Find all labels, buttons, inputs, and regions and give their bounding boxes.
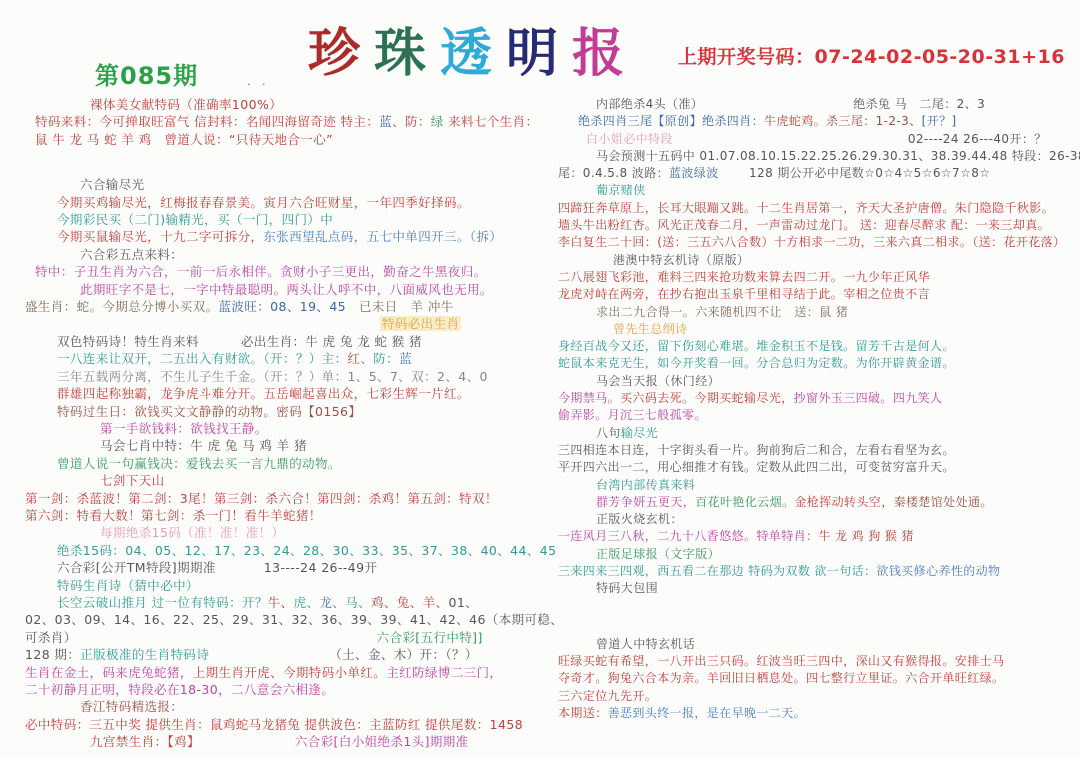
text-segment: 输尽光 — [621, 426, 658, 440]
text-line: 港澳中特玄机诗（原版） — [558, 252, 1080, 269]
text-segment: 一八连来让双开，二五出入有财欲。（开：？）主： — [57, 351, 347, 366]
text-line: 今期彩民买（二门)输精光，买（一门，四门）中 — [25, 211, 547, 228]
text-segment: 欲钱买修心养性的动物 — [876, 564, 1000, 578]
text-line: 第一手欲钱料：欲钱找王静。 — [25, 420, 547, 437]
text-line: 特码生肖诗（猜中必中） — [25, 577, 547, 594]
text-segment: 特码过生日：欲钱买文文静静的动物。密码【0156】 — [57, 404, 361, 419]
text-segment: 今期买鸡输尽光，红梅报春春景美。寅月六合旺财星，一年四季好择码。 — [57, 195, 470, 210]
text-segment: 特码必出生肖 — [380, 316, 461, 331]
title-char: 明 — [506, 23, 572, 84]
text-line: 第六剑：特看大数！第七剑：杀一门！看牛羊蛇猪！ — [25, 507, 547, 524]
text-segment: [开？] — [922, 114, 957, 128]
text-segment: 绝杀15码：04、05、12、17、23、24、28、30、33、35、37、3… — [57, 543, 557, 558]
text-segment: 三来四来三四观，西五看二在那边 特码为双数 欲一句话： — [558, 564, 876, 578]
text-segment: 龙、 — [319, 595, 345, 610]
text-line: 六合彩五点来料： — [25, 246, 547, 263]
text-line: 蛇鼠本来克无生，如今开奖看一回。分合总归为定数。为你开辟黄金谱。 — [558, 355, 1080, 372]
text-segment: 九宫禁生肖：【鸡】 — [90, 734, 200, 749]
text-line: 特码大包围 — [558, 580, 1080, 597]
text-line: 七剑下天山 — [25, 472, 547, 489]
text-segment: 抄窗外玉三四破。四九笑人 — [794, 391, 943, 405]
text-segment: 、防： — [360, 351, 399, 366]
text-segment: 128 期公开必中尾数☆0☆4☆5☆6☆7☆8☆ — [737, 166, 991, 180]
text-line: 双色特码诗！特生肖来料必出生肖：牛 虎 兔 龙 蛇 猴 猪 — [25, 333, 547, 350]
text-line: 四蹄狂奔草原上，长耳大眼蹦又跳。十二生肖居第一，齐天大圣护唐僧。朱门隐隐千秋影。 — [558, 200, 1080, 217]
text-segment: 马、 — [345, 595, 371, 610]
text-segment: 鸡、 — [371, 595, 397, 610]
last-draw-numbers: 上期开奖号码：07-24-02-05-20-31+16 — [678, 42, 1065, 69]
text-segment: 特中：子丑生肖为六合，一前一后永相伴。贪财小子三更出，勤奋之牛黑夜归。 — [35, 264, 487, 279]
text-line: 马会预测十五码中 01.07.08.10.15.22.25.26.29.30.3… — [558, 148, 1080, 165]
text-segment: 今期买鼠输尽光，十九二字可拆分， — [57, 229, 263, 244]
text-segment: 台湾内部传真来料 — [596, 478, 695, 492]
text-segment: 蓝波旺：08、19、45 — [219, 299, 347, 314]
text-segment: 六合彩[公开TM特段]期期准 — [57, 560, 216, 575]
text-segment: 蓝 — [399, 351, 412, 366]
text-segment: 、防： — [392, 114, 431, 129]
text-segment: 必出生肖：牛 虎 兔 龙 蛇 猴 猪 — [241, 334, 422, 349]
text-segment: 曾先生总纲诗 — [613, 322, 687, 336]
text-segment: 金枪挥动转头空， — [794, 495, 893, 509]
left-column: 裸体美女献特码（准确率100%）特码来料：今可掸取旺富气 信封料：名闻四海留奇迹… — [25, 96, 547, 751]
text-segment: 正版极准的生肖特码诗 — [80, 647, 209, 662]
text-line: 群芳争妍五更天，百花叶艳化云烟。金枪挥动转头空，秦楼楚馆处处通。 — [558, 494, 1080, 511]
text-line: 求出二九合得一。六来随机四不让 送：鼠 猪 — [558, 304, 1080, 321]
text-line: 身经百战今又还，留下伤刻心难堪。堆金积玉不是钱。留芳千古是何人。 — [558, 338, 1080, 355]
text-segment: 已未日 羊 冲牛 — [346, 299, 454, 314]
text-segment: 群雄四起称独霸，龙争虎斗难分开。五岳崛起喜出众，七彩生辉一片红。 — [57, 386, 470, 401]
text-segment: 马会七肖中特：牛 虎 兔 马 鸡 羊 猪 — [100, 438, 307, 453]
text-line: 一连风月三八秋，二九十八香悠悠。特单特肖：牛 龙 鸡 狗 猴 猪 — [558, 528, 1080, 545]
text-segment: 牛虎蛇鸡。 — [764, 114, 826, 128]
text-segment: 二十初静月正明，特段必在18-30，二八意会六相逢。 — [25, 682, 334, 697]
text-segment: 三四相连本日连，十字街头看一片。狗前狗后二和合，左看右看坚为玄。 — [558, 443, 955, 457]
text-line: 特码过生日：欲钱买文文静静的动物。密码【0156】 — [25, 403, 547, 420]
text-line: 偷弄影。月沉三七般孤零。 — [558, 407, 1080, 424]
text-segment: 牛 龙 鸡 狗 猴 猪 — [818, 529, 913, 543]
text-segment: 兔、 — [397, 595, 423, 610]
text-line: 今期买鼠输尽光，十九二字可拆分，东张西望乱点码，五七中单四开三。（拆） — [25, 228, 547, 245]
text-segment: 六合彩[五行中特]] — [377, 630, 483, 645]
text-line: 群雄四起称独霸，龙争虎斗难分开。五岳崛起喜出众，七彩生辉一片红。 — [25, 385, 547, 402]
text-line: 曾道人说一句赢钱决：爱钱去买一言九鼎的动物。 — [25, 455, 547, 472]
text-segment: 六合彩五点来料： — [80, 247, 183, 262]
text-line: 特中：子丑生肖为六合，一前一后永相伴。贪财小子三更出，勤奋之牛黑夜归。 — [25, 263, 547, 280]
text-segment: 求出二九合得一。六来随机四不让 送：鼠 猪 — [596, 305, 848, 319]
text-line: 生肖在金土，码来虎兔蛇猪，上期生肖开虎、今期特码小单红。主红防绿博二三门， — [25, 664, 547, 681]
text-segment: 上期生肖开虎、今期特码小单红。 — [193, 665, 387, 680]
text-segment: 01、 — [448, 595, 478, 610]
text-segment: 马会预测十五码中 01.07.08.10.15.22.25.26.29.30.3… — [596, 149, 1080, 163]
text-line: 绝杀四肖三尾【原创】绝杀四肖：牛虎蛇鸡。杀三尾：1-2-3、[开？] — [558, 113, 1080, 130]
text-segment: 主红防绿博二三门， — [386, 665, 502, 680]
title-char: 珠 — [374, 23, 440, 84]
text-line: 鼠 牛 龙 马 蛇 羊 鸡 曾道人说：“只待天地合一心” — [25, 131, 547, 148]
text-segment: 六合彩[白小姐绝杀1头]期期准 — [295, 734, 469, 749]
text-line: 旺绿买蛇有希望，一八开出三只码。红波当旺三四中，深山又有猴得报。安排士马 — [558, 653, 1080, 670]
text-segment: 七剑下天山 — [100, 473, 165, 488]
text-segment: 生肖在金土，码来虎兔蛇猪， — [25, 665, 193, 680]
text-segment: 蓝 — [379, 114, 392, 129]
text-segment: 每期绝杀15码（准！准！准！） — [100, 525, 284, 540]
text-segment: 绝杀兔 马 二尾：2、3 — [853, 97, 985, 111]
text-segment: 02、03、09、14、16、22、25、29、31、32、36、39、39、4… — [25, 612, 563, 627]
text-line: 盛生肖：蛇。今期总分博小买双。蓝波旺：08、19、45 已未日 羊 冲牛 — [25, 298, 547, 315]
text-segment: 香江特码精选报： — [80, 699, 183, 714]
text-segment: 李白复生二十回：(送：三五六八合数）十方相求一二功，三来六真二相求。（送：花开花… — [558, 235, 1066, 249]
text-line: 绝杀15码：04、05、12、17、23、24、28、30、33、35、37、3… — [25, 542, 547, 559]
text-line: 六合输尽光 — [25, 176, 547, 193]
text-segment: 一连风月三八秋，二九十八香悠悠。特单特肖： — [558, 529, 818, 543]
text-segment: 正版火烧玄机： — [596, 512, 683, 526]
text-segment: （土、金、木）开：（？） — [329, 647, 478, 662]
text-line: 尾：0.4.5.8 波路：蓝波绿波 128 期公开必中尾数☆0☆4☆5☆6☆7☆… — [558, 165, 1080, 182]
text-segment: 蓝波绿波 — [669, 166, 719, 180]
text-line: 必中特码：三五中奖 提供生肖：鼠鸡蛇马龙猪兔 提供波色：主蓝防红 提供尾数：14… — [25, 716, 547, 733]
text-segment: 四蹄狂奔草原上，长耳大眼蹦又跳。十二生肖居第一，齐天大圣护唐僧。朱门隐隐千秋影。 — [558, 201, 1054, 215]
title-char: 报 — [572, 23, 638, 84]
text-line: 马会当天报（休门经） — [558, 373, 1080, 390]
text-line: 可杀肖）六合彩[五行中特]] — [25, 629, 547, 646]
text-segment: 虎、 — [294, 595, 320, 610]
text-line: 内部绝杀4头（准）绝杀兔 马 二尾：2、3 — [558, 96, 1080, 113]
text-segment: 羊、 — [423, 595, 449, 610]
text-segment: 善恶到头终一报，是在早晚一二天。 — [608, 706, 806, 720]
text-line: 每期绝杀15码（准！准！准！） — [25, 524, 547, 541]
text-segment: 今期禁马。 — [558, 391, 620, 405]
text-segment: 来料七个生肖： — [444, 114, 539, 129]
text-segment: 长空云破山推月 过一位有特码：开？ — [57, 595, 268, 610]
text-segment: 鼠 牛 龙 马 蛇 羊 鸡 曾道人说：“只待天地合一心” — [35, 132, 333, 147]
text-segment: 红 — [347, 351, 360, 366]
text-segment: 128 期： — [25, 647, 80, 662]
text-segment: 绿 — [431, 114, 444, 129]
text-line: 六合彩[公开TM特段]期期准13----24 26--49开 — [25, 559, 547, 576]
text-segment: 第六剑：特看大数！第七剑：杀一门！看牛羊蛇猪！ — [25, 508, 322, 523]
text-line: 三四相连本日连，十字街头看一片。狗前狗后二和合，左看右看坚为玄。 — [558, 442, 1080, 459]
text-segment: 正版足球报（文字版） — [596, 547, 720, 561]
text-segment: 裸体美女献特码（准确率100%） — [90, 97, 282, 112]
issue-number: 第085期 — [95, 56, 198, 91]
text-line: 九宫禁生肖：【鸡】六合彩[白小姐绝杀1头]期期准 — [25, 733, 547, 750]
text-line: 一八连来让双开，二五出入有财欲。（开：？）主：红、防：蓝 — [25, 350, 547, 367]
dots-mark: · · — [247, 78, 270, 91]
text-segment: 特码来料：今可掸取旺富气 信封料：名闻四海留奇迹 特主： — [35, 114, 379, 129]
text-segment: 曾道人中特玄机话 — [596, 637, 695, 651]
text-line: 长空云破山推月 过一位有特码：开？牛、虎、龙、马、鸡、兔、羊、01、 — [25, 594, 547, 611]
text-line: 曾先生总纲诗 — [558, 321, 1080, 338]
text-segment: 内部绝杀4头（准） — [596, 97, 703, 111]
text-line: 二八展翅飞彩池，难料三四来抢功数来算去四二开。一九少年正风华 — [558, 269, 1080, 286]
text-segment: 蛇鼠本来克无生，如今开奖看一回。分合总归为定数。为你开辟黄金谱。 — [558, 356, 955, 370]
newspaper-page: 第085期 · · 珍珠透明报 上期开奖号码：07-24-02-05-20-31… — [0, 0, 1080, 758]
text-line: 特码来料：今可掸取旺富气 信封料：名闻四海留奇迹 特主：蓝、防：绿 来料七个生肖… — [25, 113, 547, 130]
text-line: 裸体美女献特码（准确率100%） — [25, 96, 547, 113]
text-line: 夺奇才。狗兔六合本为亲。羊回旧日栖息处。四七整行立里证。六合开单旺红绿。 — [558, 670, 1080, 687]
text-line: 平开四六出一二，用心细推才有钱。定数从此四二出，可变贫穷富升天。 — [558, 459, 1080, 476]
text-segment: 第一手欲钱料：欲钱找王静。 — [100, 421, 268, 436]
text-line: 128 期：正版极准的生肖特码诗（土、金、木）开：（？） — [25, 646, 547, 663]
title-char: 珍 — [308, 23, 374, 84]
text-segment: 三六定位九先开。 — [558, 689, 657, 703]
text-line: 龙虎对峙在两旁，在抄右抱出玉泉千里相寻结于此。宰相之位贵不言 — [558, 286, 1080, 303]
text-segment: 夺奇才。狗兔六合本为亲。羊回旧日栖息处。四七整行立里证。六合开单旺红绿。 — [558, 671, 1004, 685]
text-segment: 百花叶艳化云烟。 — [695, 495, 794, 509]
text-segment: 02----24 26---40开：？ — [908, 132, 1047, 146]
text-segment: 今期彩民买（二门)输精光，买（一门，四门）中 — [57, 212, 333, 227]
text-line: 今期买鸡输尽光，红梅报春春景美。寅月六合旺财星，一年四季好择码。 — [25, 194, 547, 211]
text-segment: 秦楼楚馆处处通。 — [894, 495, 993, 509]
text-segment: 尾：0.4.5.8 波路： — [558, 166, 669, 180]
text-segment: 买六码去死。今期买蛇输尽光， — [620, 391, 794, 405]
text-line: 三年五载两分离，不生儿子生千金。（开：？）单：1、5、7、双：2、4、0 — [25, 368, 547, 385]
text-segment: 双色特码诗！特生肖来料 — [57, 334, 199, 349]
text-line: 香江特码精选报： — [25, 698, 547, 715]
text-segment: 马会当天报（休门经） — [596, 374, 720, 388]
text-segment: 墙头牛出粉红杏。风光正茂春二月，一声雷动过龙门。 送：迎春尽醉求 配：一来三却真… — [558, 218, 1050, 232]
text-line: 曾道人中特玄机话 — [558, 636, 1080, 653]
text-segment: 牛、 — [268, 595, 294, 610]
text-segment: 旺绿买蛇有希望，一八开出三只码。红波当旺三四中，深山又有猴得报。安排士马 — [558, 654, 1004, 668]
text-line: 三来四来三四观，西五看二在那边 特码为双数 欲一句话：欲钱买修心养性的动物 — [558, 563, 1080, 580]
text-segment: 此期旺字不是七，一字中特最聪明。两头让人呼不中，八面威风也无用。 — [80, 282, 493, 297]
text-line: 今期禁马。买六码去死。今期买蛇输尽光，抄窗外玉三四破。四九笑人 — [558, 390, 1080, 407]
text-segment: 13----24 26--49开 — [264, 560, 378, 575]
text-line: 台湾内部传真来料 — [558, 477, 1080, 494]
text-segment: 曾道人说一句赢钱决：爱钱去买一言九鼎的动物。 — [57, 456, 341, 471]
text-segment: 八句 — [596, 426, 621, 440]
text-segment: 群芳争妍五更天， — [596, 495, 695, 509]
text-segment: 平开四六出一二，用心细推才有钱。定数从此四二出，可变贫穷富升天。 — [558, 460, 955, 474]
text-segment: 港澳中特玄机诗（原版） — [613, 253, 749, 267]
text-segment: 特码大包围 — [596, 581, 658, 595]
text-segment: 二八展翅飞彩池，难料三四来抢功数来算去四二开。一九少年正风华 — [558, 270, 930, 284]
text-segment: 白小姐必中特段 — [586, 132, 673, 146]
text-line: 墙头牛出粉红杏。风光正茂春二月，一声雷动过龙门。 送：迎春尽醉求 配：一来三却真… — [558, 217, 1080, 234]
text-line: 马会七肖中特：牛 虎 兔 马 鸡 羊 猪 — [25, 437, 547, 454]
text-segment: 本期送： — [558, 706, 608, 720]
text-line: 本期送：善恶到头终一报，是在早晚一二天。 — [558, 705, 1080, 722]
text-line: 三六定位九先开。 — [558, 688, 1080, 705]
text-segment: 三年五载两分离，不生儿子生千金。（开：？）单：1、5、7、双：2、4、0 — [57, 369, 488, 384]
title-char: 透 — [440, 23, 506, 84]
text-line: 特码必出生肖 — [25, 315, 547, 332]
text-segment: 必中特码：三五中奖 提供生肖：鼠鸡蛇马龙猪兔 提供波色：主蓝防红 提供尾数：14… — [25, 717, 523, 732]
text-line: 二十初静月正明，特段必在18-30，二八意会六相逢。 — [25, 681, 547, 698]
text-line: 正版足球报（文字版） — [558, 546, 1080, 563]
text-segment: 葡京赌侠 — [596, 183, 646, 197]
text-segment: 特码生肖诗（猜中必中） — [57, 578, 199, 593]
text-line: 葡京赌侠 — [558, 182, 1080, 199]
text-line: 此期旺字不是七，一字中特最聪明。两头让人呼不中，八面威风也无用。 — [25, 281, 547, 298]
text-line: 白小姐必中特段02----24 26---40开：？ — [558, 131, 1080, 148]
text-segment: 六合输尽光 — [80, 177, 145, 192]
text-segment: 东张西望乱点码，五七中单四开三。（拆） — [263, 229, 502, 244]
right-column: 内部绝杀4头（准）绝杀兔 马 二尾：2、3绝杀四肖三尾【原创】绝杀四肖：牛虎蛇鸡… — [558, 96, 1080, 722]
text-segment: 可杀肖） — [25, 630, 77, 645]
text-line: 李白复生二十回：(送：三五六八合数）十方相求一二功，三来六真二相求。（送：花开花… — [558, 234, 1080, 251]
text-segment: 杀三尾：1-2-3、 — [826, 114, 922, 128]
text-line: 正版火烧玄机： — [558, 511, 1080, 528]
text-segment: 身经百战今又还，留下伤刻心难堪。堆金积玉不是钱。留芳千古是何人。 — [558, 339, 955, 353]
text-line: 第一剑：杀蓝波！第二剑：3尾！第三剑：杀六合！第四剑：杀鸡！第五剑：特双！ — [25, 490, 547, 507]
text-segment: 盛生肖：蛇。今期总分博小买双。 — [25, 299, 219, 314]
text-line: 02、03、09、14、16、22、25、29、31、32、36、39、39、4… — [25, 611, 547, 628]
text-segment: 绝杀四肖三尾【原创】绝杀四肖： — [578, 114, 764, 128]
text-line: 八句输尽光 — [558, 425, 1080, 442]
text-segment: 龙虎对峙在两旁，在抄右抱出玉泉千里相寻结于此。宰相之位贵不言 — [558, 287, 930, 301]
newspaper-title: 珍珠透明报 — [308, 24, 638, 84]
text-segment: 偷弄影。月沉三七般孤零。 — [558, 408, 707, 422]
text-segment: 第一剑：杀蓝波！第二剑：3尾！第三剑：杀六合！第四剑：杀鸡！第五剑：特双！ — [25, 491, 498, 506]
